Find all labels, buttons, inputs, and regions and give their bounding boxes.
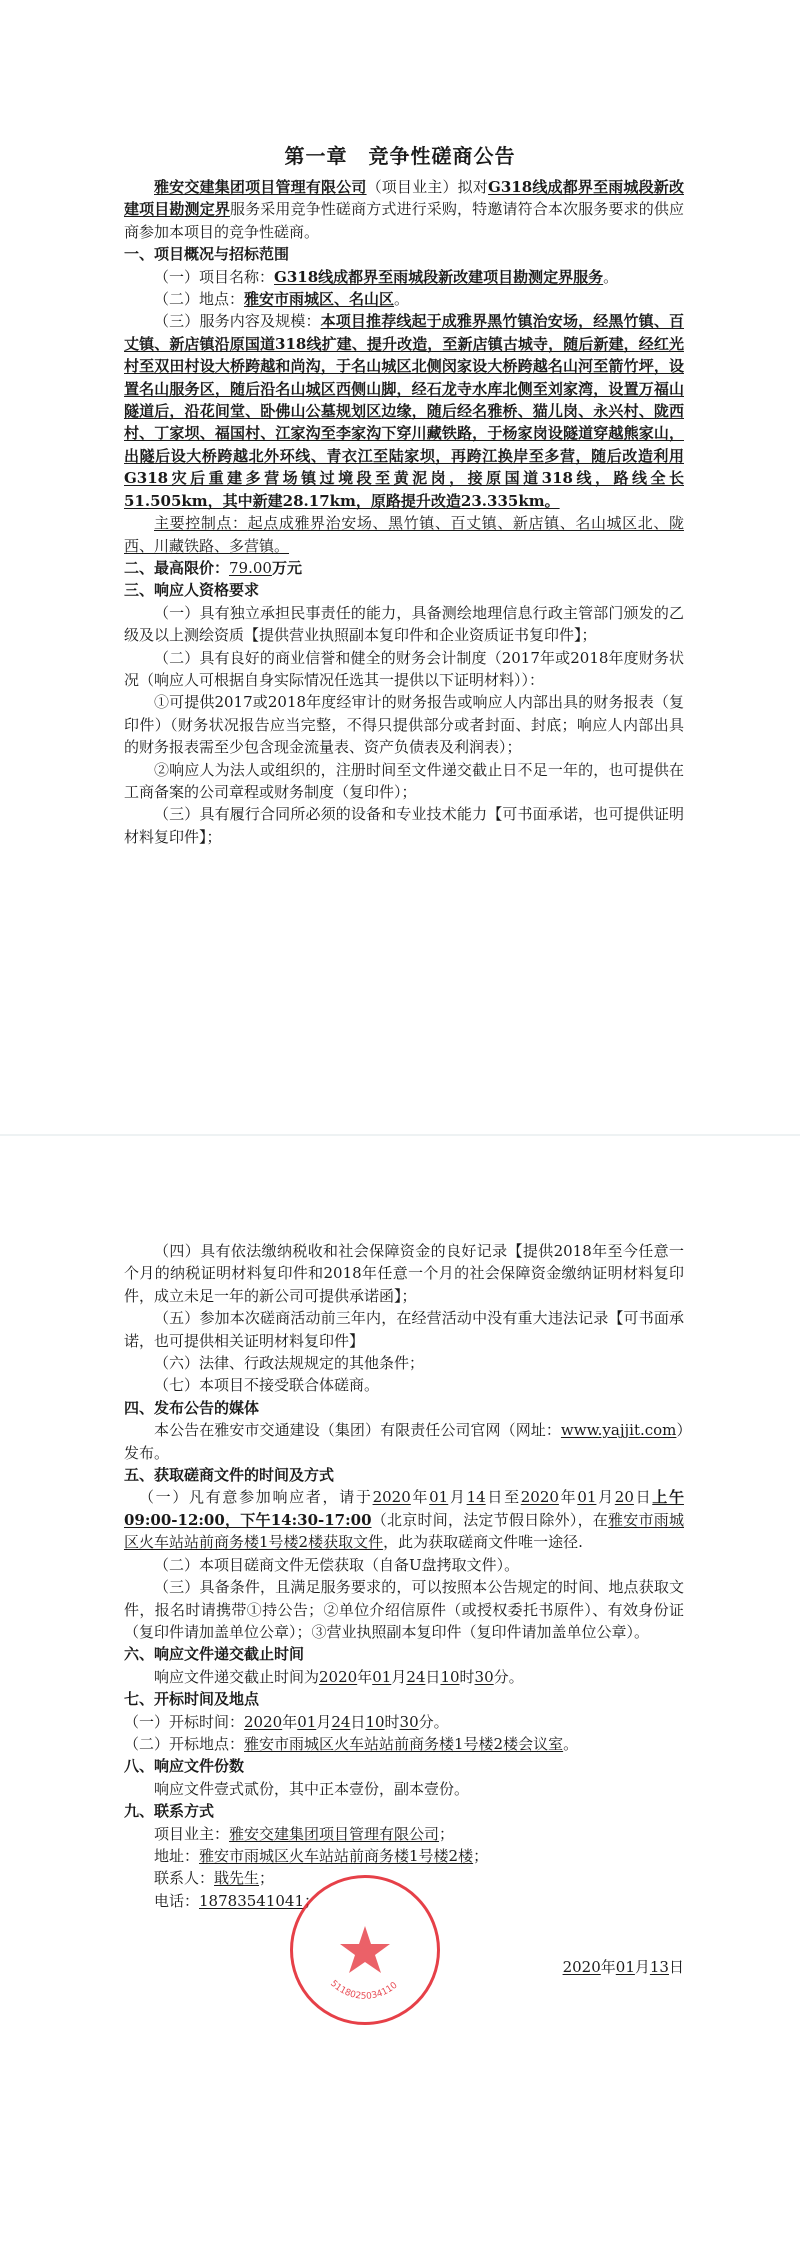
- section-6-heading: 六、响应文件递交截止时间: [124, 1643, 684, 1665]
- project-name: （一）项目名称：G318线成都界至雨城段新改建项目勘测定界服务。: [124, 266, 684, 288]
- qualification-item-7: （七）本项目不接受联合体磋商。: [124, 1374, 684, 1396]
- page-title: 第一章 竞争性磋商公告: [0, 142, 800, 170]
- section-8-heading: 八、响应文件份数: [124, 1755, 684, 1777]
- contact-owner: 项目业主：雅安交建集团项目管理有限公司；: [124, 1823, 684, 1845]
- section-2-price: 二、最高限价：79.00万元: [124, 557, 684, 579]
- section-9-heading: 九、联系方式: [124, 1800, 684, 1822]
- section-5-heading: 五、获取磋商文件的时间及方式: [124, 1464, 684, 1486]
- copies-text: 响应文件壹式贰份，其中正本壹份，副本壹份。: [124, 1778, 684, 1800]
- section-7-heading: 七、开标时间及地点: [124, 1688, 684, 1710]
- page-1-content: 雅安交建集团项目管理有限公司（项目业主）拟对G318线成都界至雨城段新改建项目勘…: [124, 176, 684, 848]
- intro-paragraph: 雅安交建集团项目管理有限公司（项目业主）拟对G318线成都界至雨城段新改建项目勘…: [124, 176, 684, 243]
- qualification-item-5: （五）参加本次磋商活动前三年内，在经营活动中没有重大违法记录【可书面承诺，也可提…: [124, 1307, 684, 1352]
- control-points: 主要控制点：起点成雅界治安场、黑竹镇、百丈镇、新店镇、名山城区北、陇西、川藏铁路…: [124, 512, 684, 557]
- contact-phone: 电话：18783541041；: [124, 1890, 684, 1912]
- qualification-item-4: （四）具有依法缴纳税收和社会保障资金的良好记录【提供2018年至今任意一个月的纳…: [124, 1240, 684, 1307]
- qualification-item-2: （二）具有良好的商业信誉和健全的财务会计制度（2017年或2018年度财务状况（…: [124, 647, 684, 692]
- bid-opening-place: （二）开标地点：雅安市雨城区火车站站前商务楼1号楼2楼会议室。: [124, 1733, 684, 1755]
- signature-date: 2020年01月13日: [124, 1956, 684, 1978]
- project-location: （二）地点：雅安市雨城区、名山区。: [124, 288, 684, 310]
- section-4-heading: 四、发布公告的媒体: [124, 1397, 684, 1419]
- media-paragraph: 本公告在雅安市交通建设（集团）有限责任公司官网（网址：www.yajjit.co…: [124, 1419, 684, 1464]
- bid-opening-time: （一）开标时间：2020年01月24日10时30分。: [124, 1711, 684, 1733]
- doc-free-acquisition: （二）本项目磋商文件无偿获取（自备U盘拷取文件）。: [124, 1554, 684, 1576]
- qualification-item-2-option-1: ①可提供2017或2018年度经审计的财务报告或响应人内部出具的财务报表（复印件…: [124, 691, 684, 758]
- qualification-item-6: （六）法律、行政法规规定的其他条件；: [124, 1352, 684, 1374]
- page-2-content: （四）具有依法缴纳税收和社会保障资金的良好记录【提供2018年至今任意一个月的纳…: [124, 1240, 684, 1979]
- website-link[interactable]: www.yajjit.com: [561, 1421, 676, 1439]
- contact-address: 地址：雅安市雨城区火车站站前商务楼1号楼2楼；: [124, 1845, 684, 1867]
- doc-acquisition-time: （一）凡有意参加响应者，请于2020年01月14日至2020年01月20日上午0…: [124, 1486, 684, 1553]
- section-3-heading: 三、响应人资格要求: [124, 579, 684, 601]
- submission-deadline: 响应文件递交截止时间为2020年01月24日10时30分。: [124, 1666, 684, 1688]
- qualification-item-1: （一）具有独立承担民事责任的能力，具备测绘地理信息行政主管部门颁发的乙级及以上测…: [124, 602, 684, 647]
- qualification-item-2-option-2: ②响应人为法人或组织的，注册时间至文件递交截止日不足一年的，也可提供在工商备案的…: [124, 759, 684, 804]
- service-scope: （三）服务内容及规模：本项目推荐线起于成雅界黑竹镇治安场，经黑竹镇、百丈镇、新店…: [124, 310, 684, 512]
- qualification-item-3: （三）具有履行合同所必须的设备和专业技术能力【可书面承诺，也可提供证明材料复印件…: [124, 803, 684, 848]
- section-1-heading: 一、项目概况与招标范围: [124, 243, 684, 265]
- doc-acquisition-requirements: （三）具备条件，且满足服务要求的，可以按照本公告规定的时间、地点获取文件，报名时…: [124, 1576, 684, 1643]
- contact-person: 联系人：戢先生；: [124, 1867, 684, 1889]
